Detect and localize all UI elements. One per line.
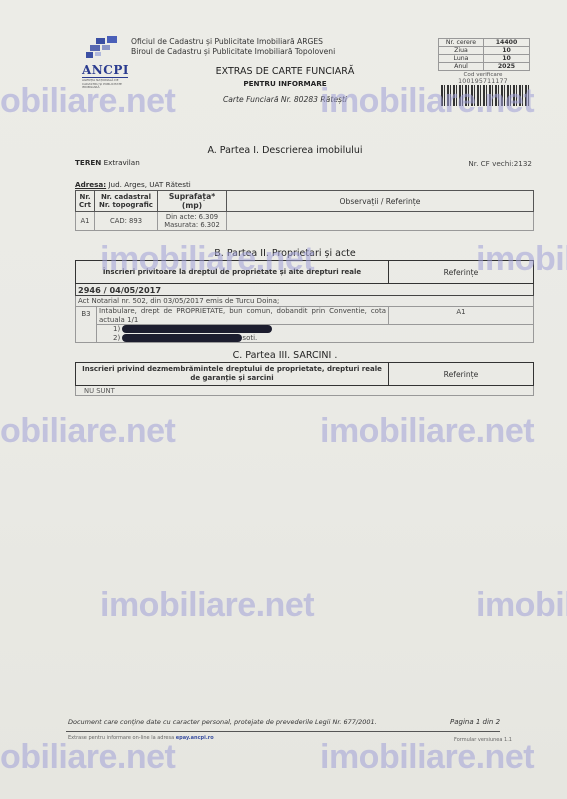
encumbrances-table: Inscrieri privind dezmembrămintele drept… — [75, 362, 534, 396]
header-inscrieri: Înscrieri privitoare la dreptul de propr… — [76, 261, 389, 284]
request-row: Nr. cerere14400 — [439, 39, 530, 47]
encumbrances-value: NU SUNT — [76, 386, 534, 396]
watermark: obiliare.net — [0, 738, 175, 777]
verification-code: 100195711177 — [438, 78, 528, 85]
request-info-table: Nr. cerere14400 Ziua10 Luna10 Anul2025 — [438, 38, 530, 71]
office-line-2: Biroul de Cadastru și Publicitate Imobil… — [131, 47, 335, 57]
redacted-name — [122, 334, 242, 342]
table-header-row: Înscrieri privitoare la dreptul de propr… — [76, 261, 534, 284]
ancpi-logo: ANCPI AGENȚIA NAȚIONALĂ DE CADASTRU ȘI P… — [78, 36, 134, 96]
watermark: imobili — [476, 586, 567, 625]
request-row: Anul2025 — [439, 63, 530, 71]
office-info: Oficiul de Cadastru și Publicitate Imobi… — [131, 37, 335, 56]
epay-link[interactable]: epay.ancpi.ro — [176, 735, 214, 741]
table-header-row: Inscrieri privind dezmembrămintele drept… — [76, 363, 534, 386]
request-row: Luna10 — [439, 55, 530, 63]
barcode-icon — [441, 85, 530, 106]
entry-description: Intabulare, drept de PROPRIETATE, bun co… — [97, 307, 389, 325]
property-type: TEREN Extravilan — [75, 158, 140, 167]
header-inscrieri-sarcini: Inscrieri privind dezmembrămintele drept… — [76, 363, 389, 386]
form-version: Formular versiunea 1.1 — [454, 737, 512, 743]
page-number: Pagina 1 din 2 — [450, 718, 500, 726]
table-row: B3 Intabulare, drept de PROPRIETATE, bun… — [76, 307, 534, 325]
entry-code: B3 — [76, 307, 97, 343]
footer-divider — [66, 731, 500, 732]
part-a-title: A. Partea I. Descrierea imobilului — [140, 145, 430, 156]
logo-text: ANCPI — [82, 63, 129, 77]
watermark: imobiliare.net — [100, 586, 314, 625]
request-row: Ziua10 — [439, 47, 530, 55]
office-line-1: Oficiul de Cadastru și Publicitate Imobi… — [131, 37, 335, 47]
watermark: imobiliare.net — [320, 738, 534, 777]
carte-funciara-number: Carte Funciară Nr. 80283 Rătești — [180, 95, 390, 104]
owners-row: 1) 2) soti. — [76, 325, 534, 343]
redacted-name — [122, 325, 272, 333]
personal-data-note: Document care conține date cu caracter p… — [68, 718, 377, 726]
property-description-table: Nr. Crt Nr. cadastral Nr. topografic Sup… — [75, 190, 534, 231]
watermark: obiliare.net — [0, 412, 175, 451]
header-observatii: Observații / Referințe — [227, 191, 534, 212]
entry-number: 2946 / 04/05/2017 — [76, 284, 534, 296]
part-c-title: C. Partea III. SARCINI . — [140, 350, 430, 361]
header-suprafata: Suprafața* (mp) — [158, 191, 227, 212]
table-header-row: Nr. Crt Nr. cadastral Nr. topografic Sup… — [76, 191, 534, 212]
owners-table: Înscrieri privitoare la dreptul de propr… — [75, 260, 534, 343]
header-referinte: Referințe — [389, 363, 534, 386]
table-row: A1 CAD: 893 Din acte: 6.309Masurata: 6.3… — [76, 212, 534, 231]
notarial-act: Act Notarial nr. 502, din 03/05/2017 emi… — [76, 296, 534, 307]
entry-number-row: 2946 / 04/05/2017 — [76, 284, 534, 296]
header-nr-crt: Nr. Crt — [76, 191, 95, 212]
old-cf-number: Nr. CF vechi:2132 — [440, 159, 532, 168]
logo-subtext: AGENȚIA NAȚIONALĂ DE CADASTRU ȘI PUBLICI… — [82, 79, 132, 90]
part-b-title: B. Partea II. Proprietari și acte — [140, 248, 430, 259]
document-page: ANCPI AGENȚIA NAȚIONALĂ DE CADASTRU ȘI P… — [0, 0, 567, 799]
table-row: NU SUNT — [76, 386, 534, 396]
document-title: EXTRAS DE CARTE FUNCIARĂ — [200, 66, 370, 77]
owner-item: 2) soti. — [99, 334, 531, 343]
header-cadastral: Nr. cadastral Nr. topografic — [95, 191, 158, 212]
online-extract-note: Extrase pentru informare on-line la adre… — [68, 735, 214, 741]
act-row: Act Notarial nr. 502, din 03/05/2017 emi… — [76, 296, 534, 307]
header-referinte: Referințe — [389, 261, 534, 284]
watermark: imobiliare.net — [320, 412, 534, 451]
entry-reference: A1 — [389, 307, 534, 325]
document-subtitle: PENTRU INFORMARE — [200, 79, 370, 88]
owner-item: 1) — [99, 325, 531, 334]
address: Adresa: Jud. Arges, UAT Rătesti — [75, 180, 191, 189]
